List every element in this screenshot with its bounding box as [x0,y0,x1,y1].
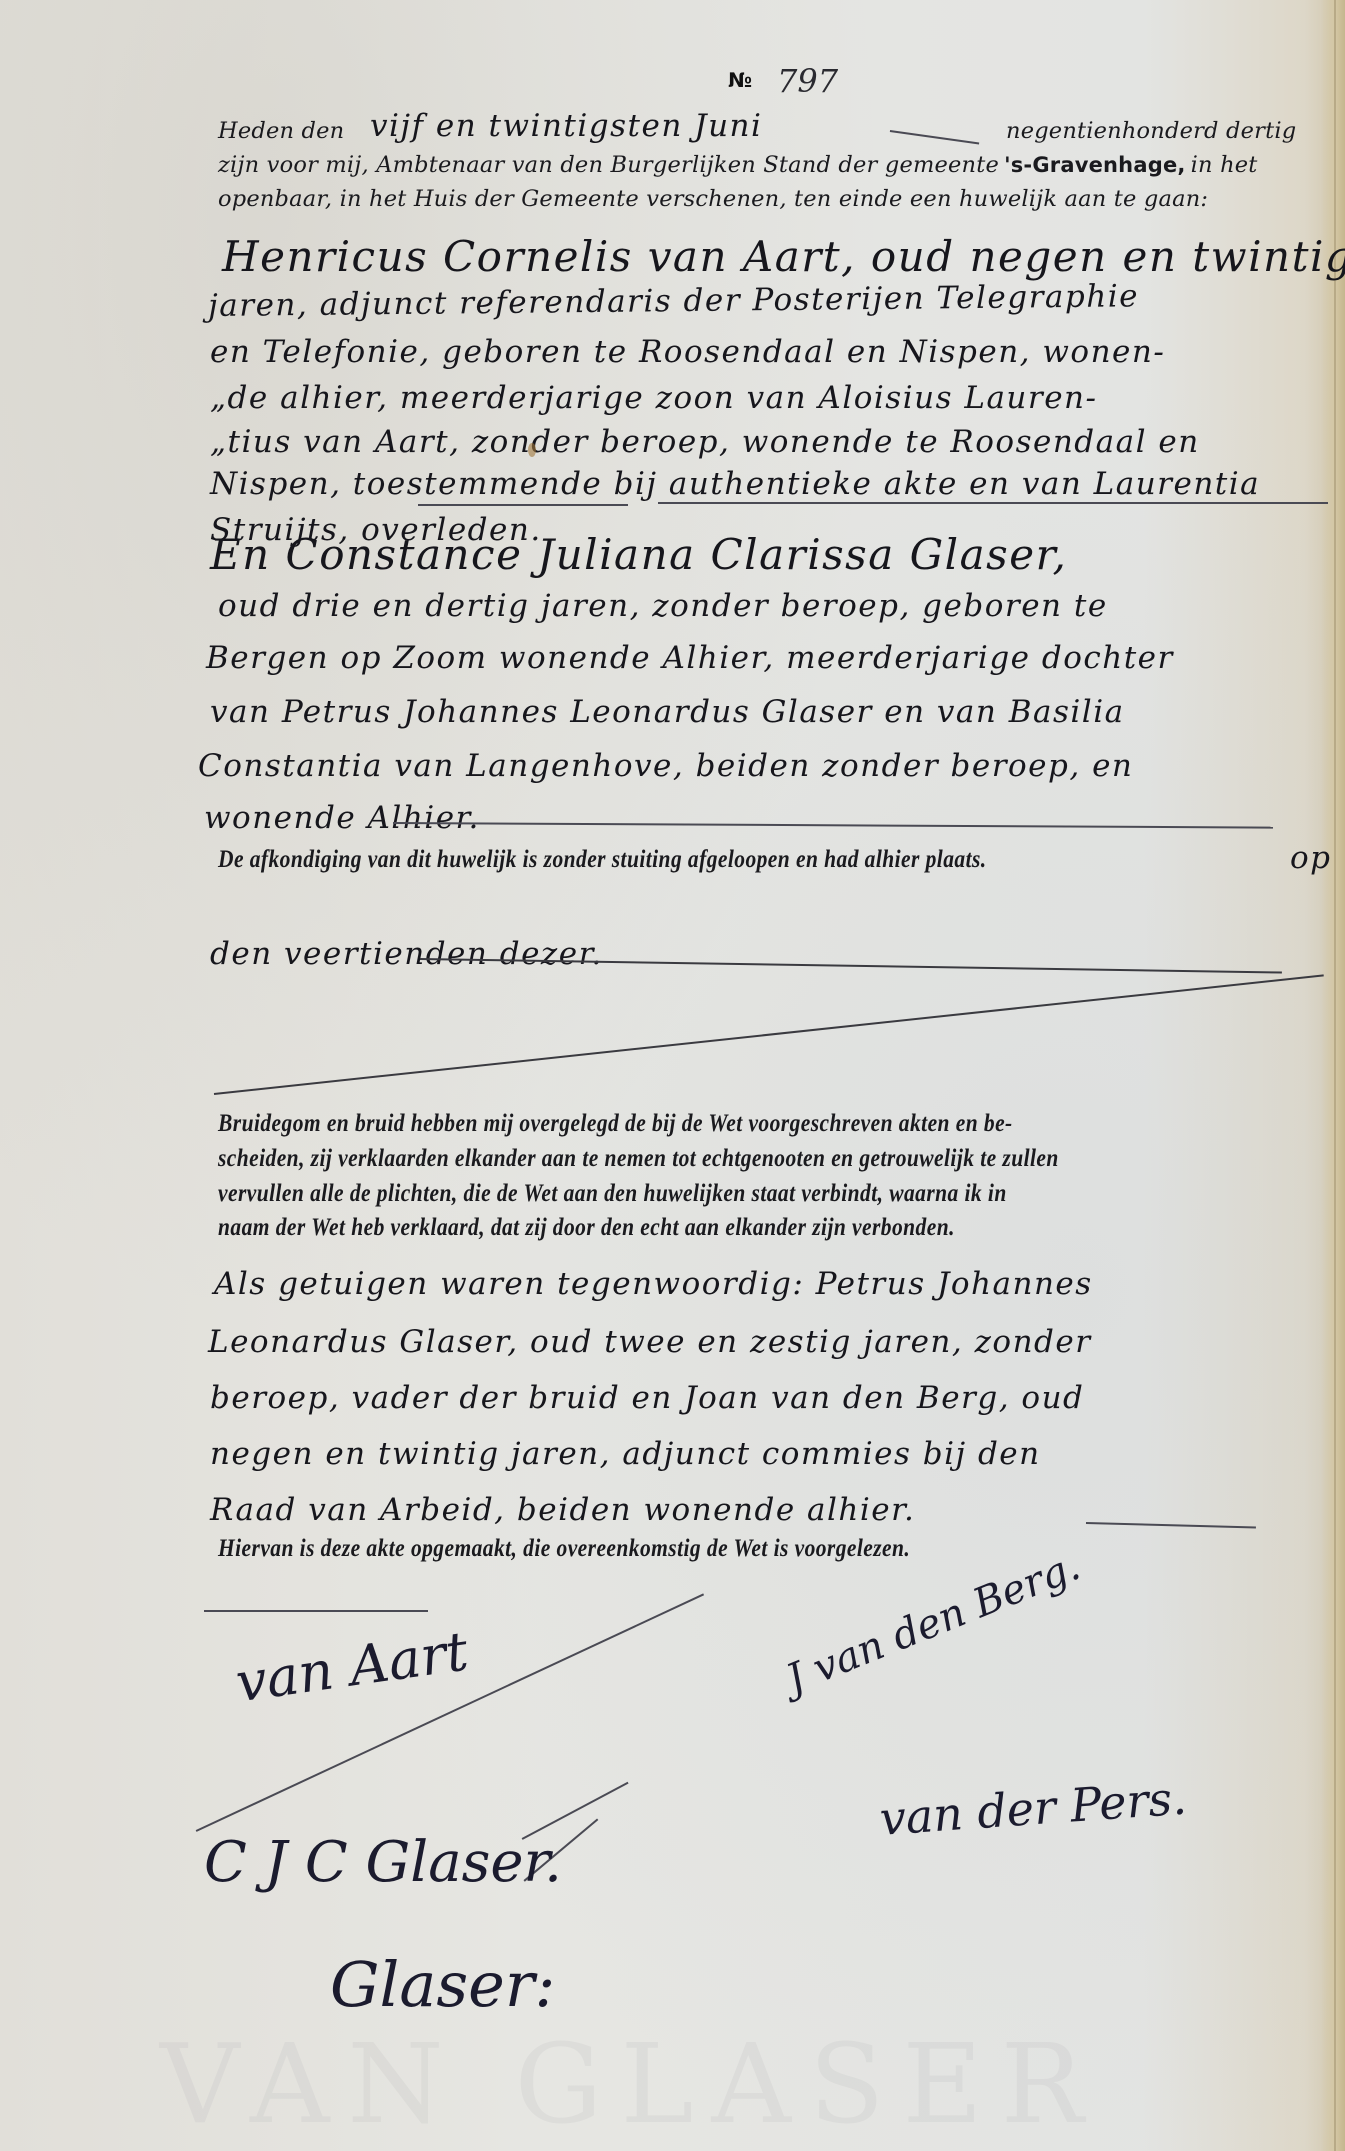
bride-line-4: Constantia van Langenhove, beiden zonder… [198,748,1133,784]
groom-end-rule-2 [658,502,1328,504]
intro-line-2-text: zijn voor mij, Ambtenaar van den Burgerl… [218,152,999,178]
declaration-line-1: Bruidegom en bruid hebben mij overgelegd… [218,1110,1013,1138]
witnesses-line-2: Leonardus Glaser, oud twee en zestig jar… [208,1324,1092,1360]
groom-end-rule-1 [418,504,628,506]
groom-line-5: „tius van Aart, zonder beroep, wonende t… [210,424,1200,460]
signature-groom: van Aart [232,1620,472,1715]
intro-line-2-end: in het [1191,152,1258,178]
declaration-line-3: vervullen alle de plichten, die de Wet a… [218,1180,1007,1208]
intro-city: 's-Gravenhage, [1004,152,1185,178]
closing-printed: Hiervan is deze akte opgemaakt, die over… [218,1535,910,1563]
intro-line-2: zijn voor mij, Ambtenaar van den Burgerl… [218,152,1258,178]
certificate-number-label: № [728,68,752,92]
page-shadow [1334,0,1336,2151]
groom-line-6: Nispen, toestemmende bij authentieke akt… [210,466,1260,502]
declaration-line-2: scheiden, zij verklaarden elkander aan t… [218,1145,1059,1173]
intro-date-handwritten: vijf en twintigsten Juni [370,108,762,144]
witnesses-line-3: beroep, vader der bruid en Joan van den … [210,1380,1084,1416]
city-name: 's-Gravenhage, [1004,153,1185,177]
fill-rule [890,130,979,144]
groom-line-2: jaren, adjunct referendaris der Posterij… [208,278,1139,324]
bride-line-1: oud drie en dertig jaren, zonder beroep,… [218,588,1108,624]
groom-line-3: en Telefonie, geboren te Roosendaal en N… [210,334,1165,370]
witnesses-line-1: Als getuigen waren tegenwoordig: Petrus … [214,1266,1093,1302]
declaration-line-4: naam der Wet heb verklaard, dat zij door… [218,1214,955,1242]
page-edge [1321,0,1345,2151]
show-through-watermark: VAN GLASER [160,2020,1101,2148]
witnesses-line-4: negen en twintig jaren, adjunct commies … [210,1436,1041,1472]
proclamation-handwritten-op: op [1290,840,1332,876]
intro-year: negentienhonderd dertig [1006,118,1296,144]
bride-line-2: Bergen op Zoom wonende Alhier, meerderja… [206,640,1174,676]
proclamation-printed: De afkondiging van dit huwelijk is zonde… [218,846,987,874]
bride-line-5: wonende Alhier. [204,800,480,836]
intro-line-3: openbaar, in het Huis der Gemeente versc… [218,186,1208,212]
signature-registrar: van der Pers. [878,1771,1188,1846]
groom-line-1: Henricus Cornelis van Aart, oud negen en… [222,232,1345,281]
ink-stain [528,443,536,457]
witnesses-end-rule [1086,1522,1256,1528]
groom-line-4: „de alhier, meerderjarige zoon van Alois… [210,380,1098,416]
signature-witness-van-den-berg: J van den Berg. [780,1543,1086,1703]
signature-bride: C J C Glaser. [204,1830,562,1895]
proclamation-date-handwritten: den veertienden dezer. [210,936,603,972]
signature-father-witness: Glaser: [330,1948,555,2021]
bride-name-line: En Constance Juliana Clarissa Glaser, [210,530,1067,579]
bride-end-rule [393,822,1273,828]
signature-top-rule [204,1610,428,1612]
cancel-diagonal-rule [214,974,1324,1095]
bride-line-3: van Petrus Johannes Leonardus Glaser en … [210,694,1125,730]
witnesses-line-5: Raad van Arbeid, beiden wonende alhier. [210,1492,915,1528]
certificate-number: 797 [777,62,838,100]
intro-heden-den: Heden den [218,118,344,144]
